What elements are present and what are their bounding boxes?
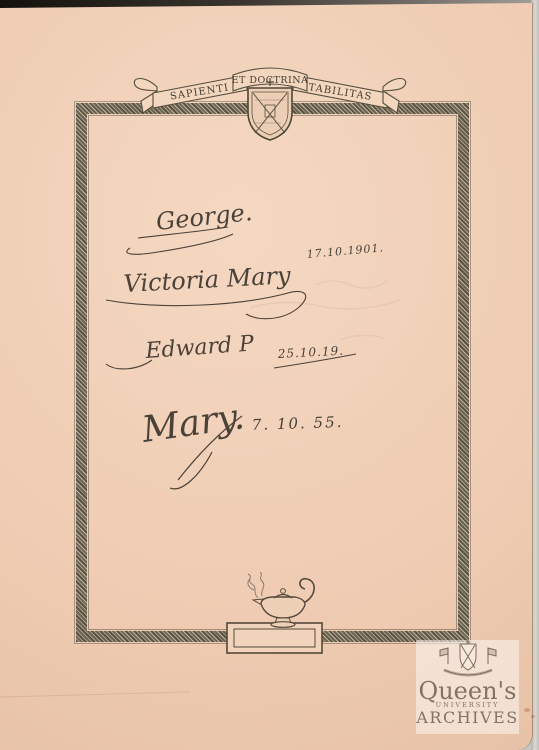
date-1955: 7. 10. 55. bbox=[252, 413, 344, 434]
signature-mary: Mary. bbox=[139, 396, 247, 451]
oil-lamp bbox=[253, 579, 314, 628]
watermark-archives-text: ARCHIVES bbox=[416, 709, 518, 726]
date-1901: 17.10.1901. bbox=[306, 241, 384, 261]
signatures-block: George. 17.10.1901. Victoria Mary Edward… bbox=[100, 190, 430, 520]
ribbon-left-curl bbox=[134, 79, 157, 92]
paper-stain bbox=[531, 715, 535, 718]
watermark-queens-text: Queen's bbox=[419, 680, 517, 702]
lamp-smoke bbox=[248, 572, 264, 598]
signature-edward: Edward P bbox=[144, 331, 256, 364]
motto-banner-ornament: SAPIENTI ET DOCTRINA TABILITAS bbox=[95, 45, 445, 145]
scanned-document-photo: SAPIENTI ET DOCTRINA TABILITAS George. 1… bbox=[0, 0, 539, 750]
signature-victoria-mary: Victoria Mary bbox=[123, 261, 292, 298]
ribbon-right-curl bbox=[383, 79, 406, 92]
archives-watermark: Queen's UNIVERSITY ARCHIVES bbox=[416, 640, 519, 734]
paper-stain bbox=[524, 708, 530, 712]
signature-edward-flourish bbox=[106, 360, 152, 369]
lamp-and-plaque-ornament bbox=[210, 572, 370, 660]
university-shield bbox=[248, 78, 292, 140]
archives-crest-icon bbox=[436, 640, 500, 682]
plaque-box bbox=[227, 623, 322, 653]
